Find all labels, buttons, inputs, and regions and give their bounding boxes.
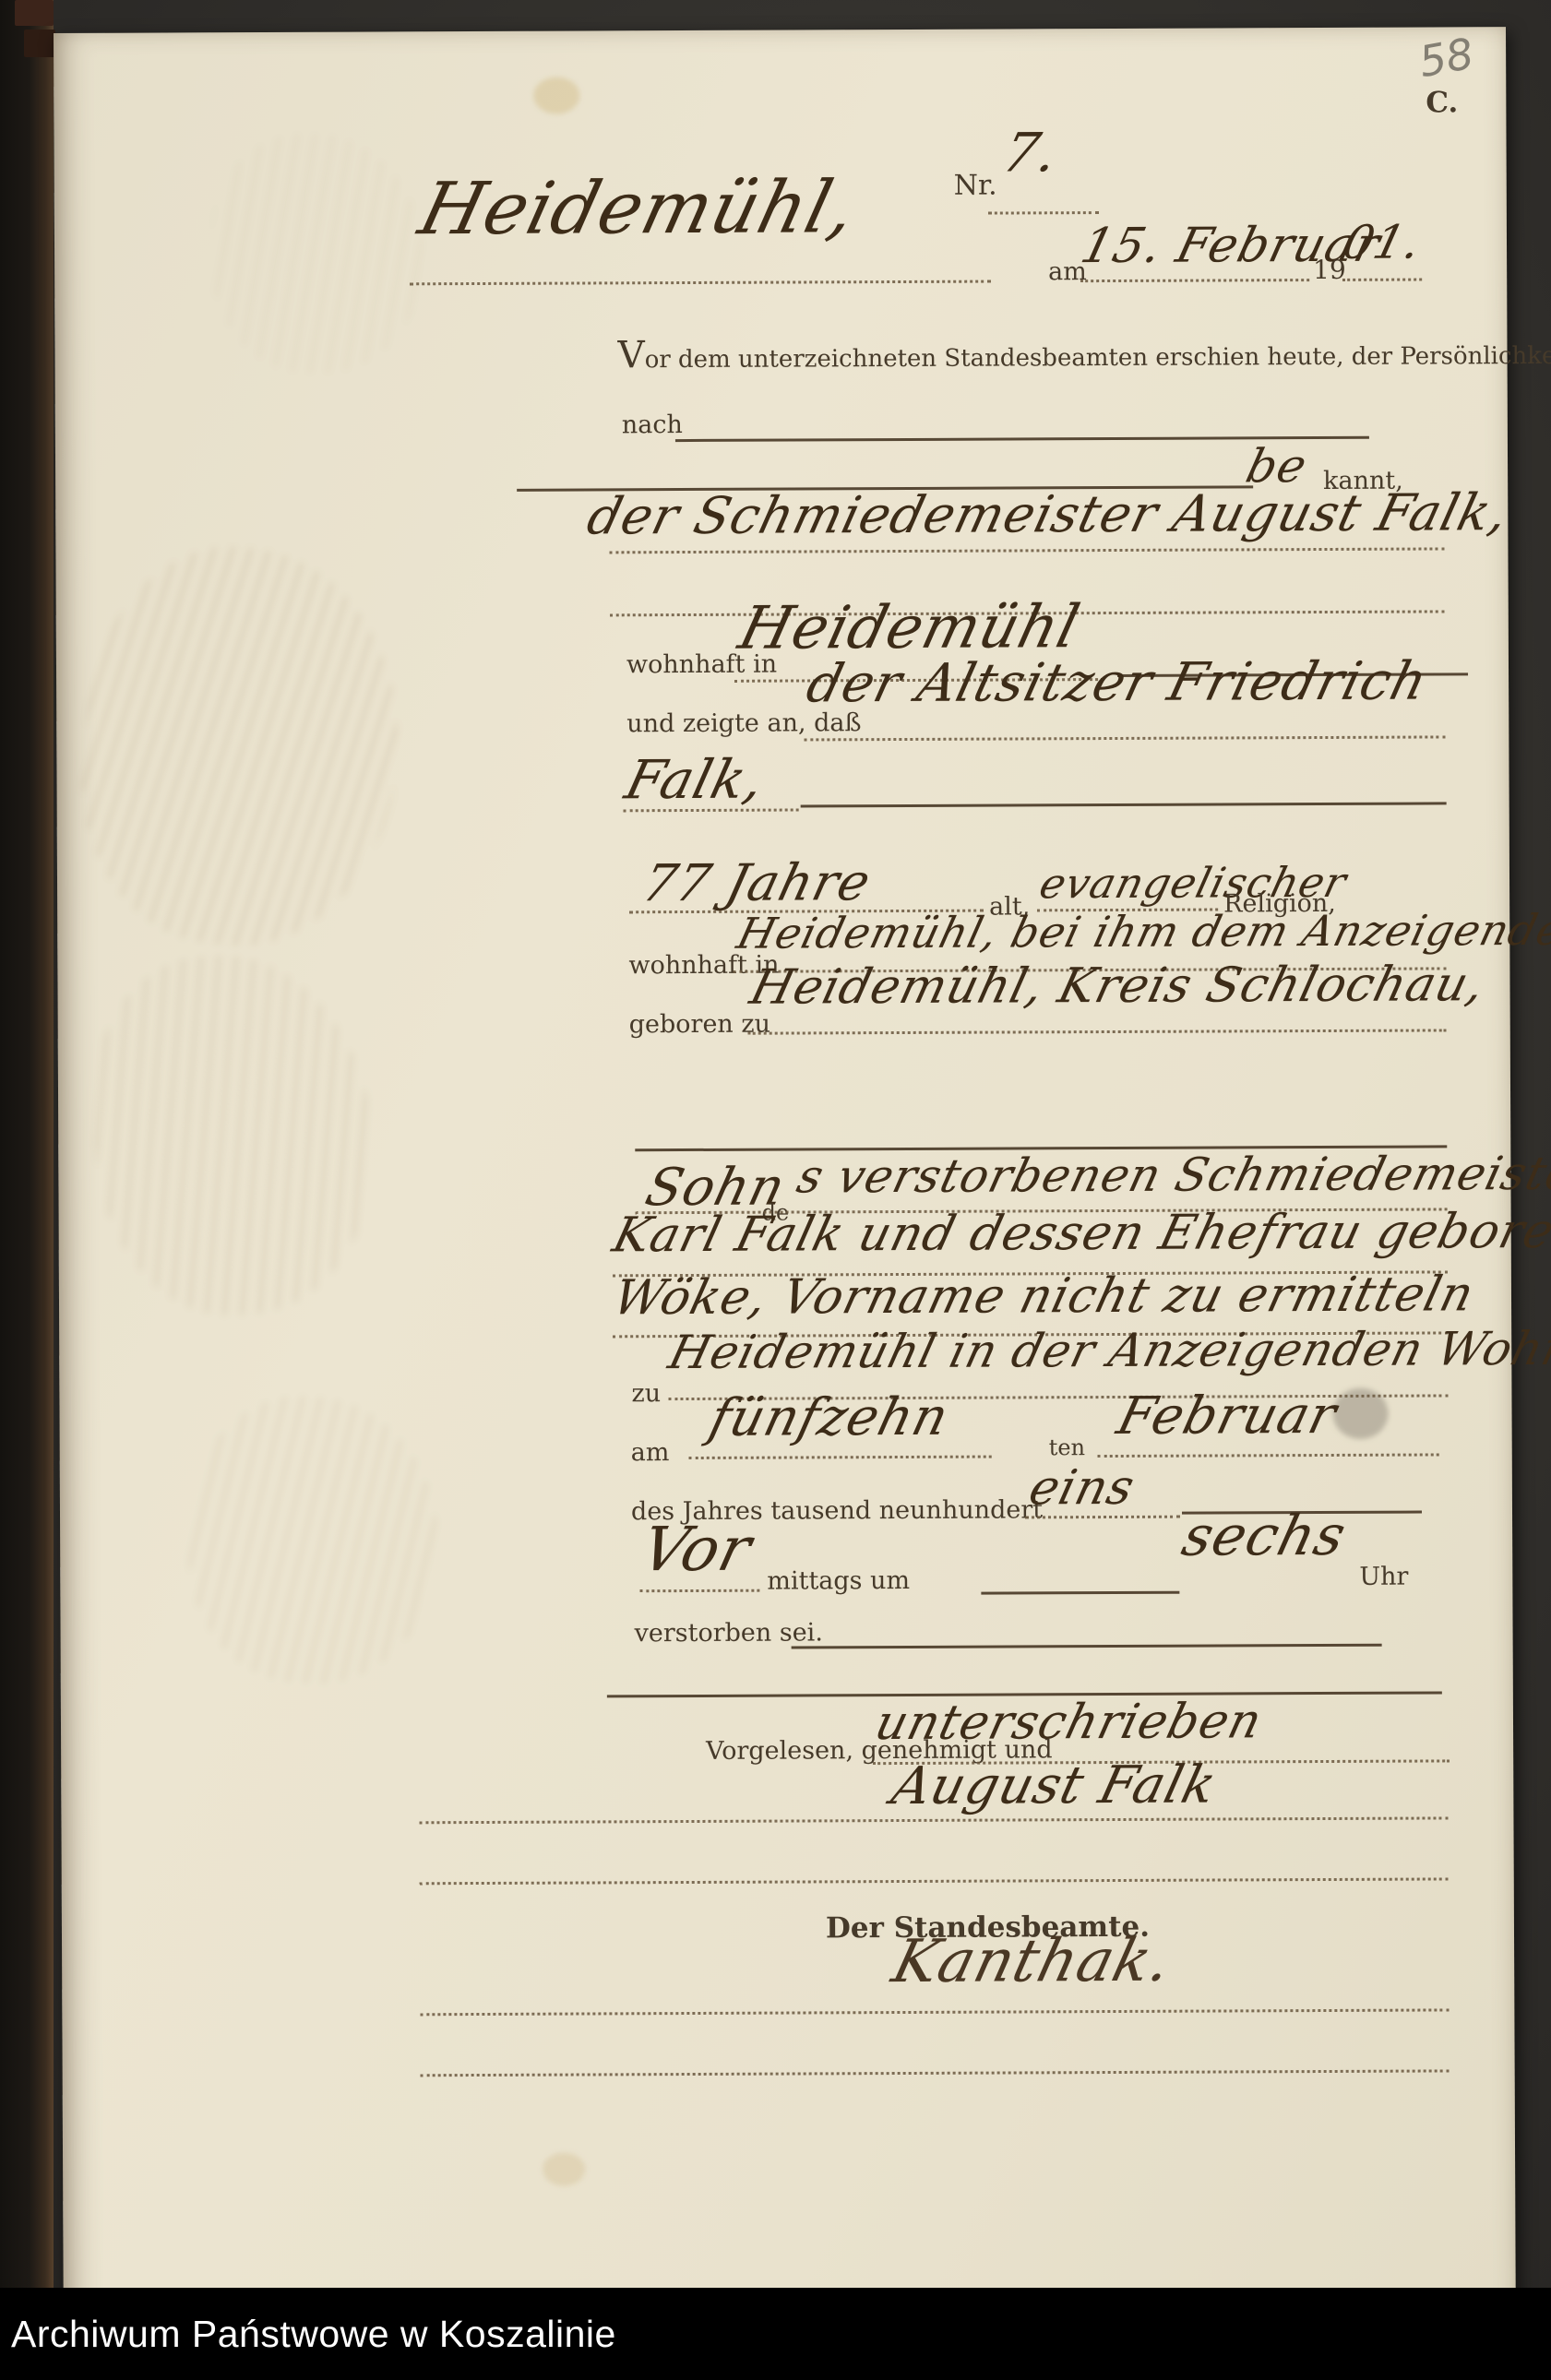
section-letter: C. xyxy=(1426,86,1458,119)
death-year-handwritten: eins xyxy=(1024,1460,1140,1517)
rule-dotted xyxy=(639,1589,759,1593)
uhr-label: Uhr xyxy=(1359,1563,1408,1591)
zu-label: zu xyxy=(631,1379,661,1408)
archive-name: Archiwum Państwowe w Koszalinie xyxy=(11,2313,616,2356)
ink-bleed-through xyxy=(180,1389,447,1691)
year-handwritten: 01. xyxy=(1338,216,1427,269)
spine-tab xyxy=(15,0,54,26)
verstorben-label: verstorben sei. xyxy=(635,1618,823,1648)
ink-bleed-through xyxy=(79,943,388,1327)
death-month-handwritten: Februar xyxy=(1112,1386,1343,1446)
registrar-signature: Kanthak. xyxy=(886,1927,1179,1996)
rule-dotted xyxy=(420,1877,1449,1885)
book-spine xyxy=(0,0,54,2380)
death-place-handwritten: Heidemühl in der Anzeigenden Wohnung, xyxy=(663,1321,1551,1379)
residence2-handwritten: Heidemühl, bei ihm dem Anzeigenden xyxy=(733,905,1551,958)
rule-dotted xyxy=(748,1029,1447,1034)
birthplace-handwritten: Heidemühl, Kreis Schlochau, xyxy=(745,957,1491,1016)
rule-dotted xyxy=(804,735,1445,741)
document-page: 58 C. Nr. 7. Heidemühl, am 15. Februar 1… xyxy=(54,27,1516,2325)
spine-tab xyxy=(24,30,55,57)
rule-dotted xyxy=(1025,1516,1180,1519)
declarant-signature: August Falk xyxy=(886,1755,1223,1816)
parents-line1-handwritten: s verstorbenen Schmiedemeisters xyxy=(792,1147,1551,1204)
pencil-page-number: 58 xyxy=(1415,29,1477,88)
rule-dotted xyxy=(420,2008,1449,2016)
parents-line2-handwritten: Karl Falk und dessen Ehefrau geborenen xyxy=(607,1203,1551,1263)
closing-handwritten: unterschrieben xyxy=(870,1694,1268,1751)
hour-handwritten: sechs xyxy=(1176,1504,1353,1569)
rule-solid xyxy=(981,1591,1179,1595)
nr-value-handwritten: 7. xyxy=(996,121,1065,184)
rule-dotted xyxy=(1080,279,1309,282)
parents-line3-handwritten: Wöke, Vorname nicht zu ermitteln xyxy=(608,1267,1480,1326)
archive-scan: 58 C. Nr. 7. Heidemühl, am 15. Februar 1… xyxy=(0,0,1551,2380)
ink-bleed-through xyxy=(210,133,424,374)
am2-label: am xyxy=(631,1438,670,1467)
ten-label: ten xyxy=(1049,1434,1085,1460)
vormittags-handwritten: Vor xyxy=(635,1514,759,1586)
paper-stain xyxy=(533,77,579,114)
rule-dotted xyxy=(419,1816,1448,1824)
archive-footer-bar: Archiwum Państwowe w Koszalinie xyxy=(0,2288,1551,2380)
rule-dotted xyxy=(410,280,991,286)
intro-text: Vor dem unterzeichneten Standesbeamten e… xyxy=(617,342,1551,375)
ink-bleed-through xyxy=(59,530,424,965)
death-day-handwritten: fünfzehn xyxy=(704,1387,955,1448)
rule-dotted xyxy=(689,1456,992,1459)
place-handwritten: Heidemühl, xyxy=(412,166,865,251)
rule-solid xyxy=(792,1644,1382,1649)
rule-dotted xyxy=(988,211,1099,215)
nr-label: Nr. xyxy=(954,170,997,202)
nach-label: nach xyxy=(622,411,683,439)
rule-dotted xyxy=(1098,1453,1439,1458)
deceased-surname-handwritten: Falk, xyxy=(619,748,771,812)
declarant-handwritten: der Schmiedemeister August Falk, xyxy=(581,482,1514,545)
deceased-intro-handwritten: der Altsitzer Friedrich xyxy=(801,650,1434,714)
rule-solid xyxy=(801,802,1447,807)
rule-dotted xyxy=(624,808,799,812)
mittags-label: mittags um xyxy=(767,1566,910,1596)
paper-stain xyxy=(543,2153,585,2186)
age-handwritten: 77 Jahre xyxy=(637,852,877,912)
rule-dotted xyxy=(609,547,1444,553)
rule-dotted xyxy=(421,2069,1450,2077)
rule-dotted xyxy=(1342,279,1422,281)
